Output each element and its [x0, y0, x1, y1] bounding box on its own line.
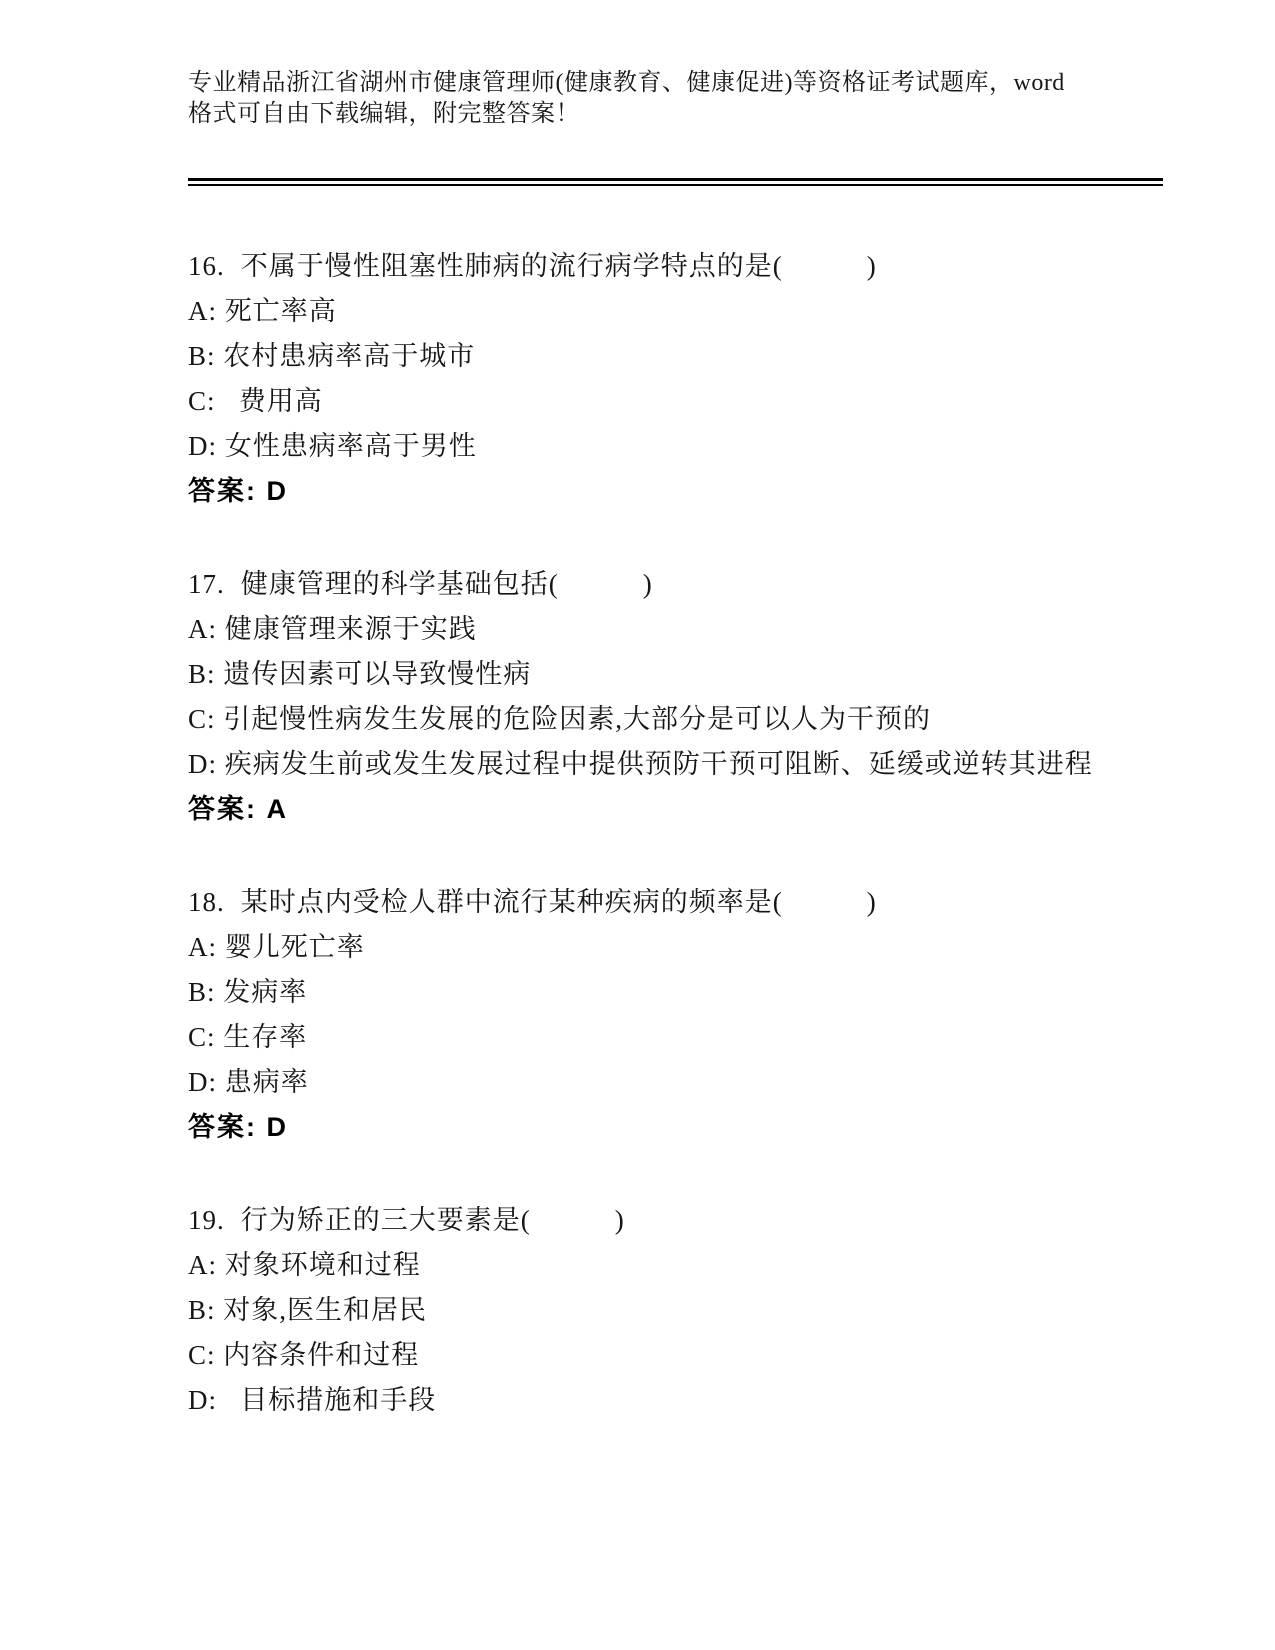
question-option-d: D: 疾病发生前或发生发展过程中提供预防干预可阻断、延缓或逆转其进程 — [188, 742, 1093, 787]
question-option-a: A: 婴儿死亡率 — [188, 925, 1093, 970]
answer-line: 答案: D — [188, 469, 1093, 514]
question-title: 18.某时点内受检人群中流行某种疾病的频率是( ) — [188, 880, 1093, 925]
question-option-a: A: 对象环境和过程 — [188, 1243, 1093, 1288]
question-option-c: C: 引起慢性病发生发展的危险因素,大部分是可以人为干预的 — [188, 697, 1093, 742]
question-option-b: B: 遗传因素可以导致慢性病 — [188, 652, 1093, 697]
question-title: 17.健康管理的科学基础包括( ) — [188, 562, 1093, 607]
question-option-d: D: 患病率 — [188, 1060, 1093, 1105]
question-option-c: C: 内容条件和过程 — [188, 1333, 1093, 1378]
question-stem: 行为矫正的三大要素是( ) — [241, 1205, 625, 1235]
question-option-a: A: 健康管理来源于实践 — [188, 607, 1093, 652]
question-block-16: 16.不属于慢性阻塞性肺病的流行病学特点的是( ) A: 死亡率高 B: 农村患… — [188, 244, 1093, 514]
document-header: 专业精品浙江省湖州市健康管理师(健康教育、健康促进)等资格证考试题库，word … — [188, 68, 1118, 130]
question-block-19: 19.行为矫正的三大要素是( ) A: 对象环境和过程 B: 对象,医生和居民 … — [188, 1198, 1093, 1423]
question-option-a: A: 死亡率高 — [188, 289, 1093, 334]
question-option-d: D: 目标措施和手段 — [188, 1378, 1093, 1423]
question-block-17: 17.健康管理的科学基础包括( ) A: 健康管理来源于实践 B: 遗传因素可以… — [188, 562, 1093, 832]
question-stem: 某时点内受检人群中流行某种疾病的频率是( ) — [241, 887, 877, 917]
header-line-1: 专业精品浙江省湖州市健康管理师(健康教育、健康促进)等资格证考试题库，word — [188, 68, 1118, 99]
question-number: 18. — [188, 880, 225, 925]
question-option-c: C: 费用高 — [188, 379, 1093, 424]
header-divider-double-rule — [188, 178, 1163, 186]
question-option-b: B: 发病率 — [188, 970, 1093, 1015]
question-title: 19.行为矫正的三大要素是( ) — [188, 1198, 1093, 1243]
question-list: 16.不属于慢性阻塞性肺病的流行病学特点的是( ) A: 死亡率高 B: 农村患… — [188, 244, 1093, 1423]
question-number: 16. — [188, 244, 225, 289]
document-page: 专业精品浙江省湖州市健康管理师(健康教育、健康促进)等资格证考试题库，word … — [0, 0, 1275, 1650]
question-option-c: C: 生存率 — [188, 1015, 1093, 1060]
question-stem: 不属于慢性阻塞性肺病的流行病学特点的是( ) — [241, 251, 877, 281]
question-option-b: B: 对象,医生和居民 — [188, 1288, 1093, 1333]
question-option-b: B: 农村患病率高于城市 — [188, 334, 1093, 379]
answer-line: 答案: D — [188, 1105, 1093, 1150]
header-line-2: 格式可自由下载编辑，附完整答案！ — [188, 99, 1118, 130]
question-title: 16.不属于慢性阻塞性肺病的流行病学特点的是( ) — [188, 244, 1093, 289]
question-block-18: 18.某时点内受检人群中流行某种疾病的频率是( ) A: 婴儿死亡率 B: 发病… — [188, 880, 1093, 1150]
question-number: 17. — [188, 562, 225, 607]
question-stem: 健康管理的科学基础包括( ) — [241, 569, 653, 599]
answer-line: 答案: A — [188, 787, 1093, 832]
question-number: 19. — [188, 1198, 225, 1243]
question-option-d: D: 女性患病率高于男性 — [188, 424, 1093, 469]
